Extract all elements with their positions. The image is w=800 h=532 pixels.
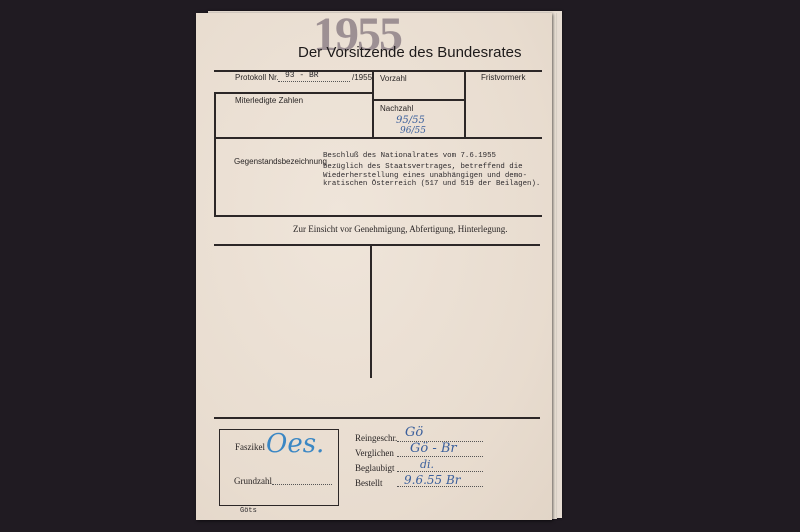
subject-line-3: Wiederherstellung eines unabhängigen und… [323, 172, 527, 181]
beglaubigt-line [397, 471, 483, 472]
protokoll-year: /1955 [352, 73, 372, 82]
subject-label: Gegenstandsbezeichnung [234, 157, 327, 166]
typist-initials: Göts [240, 507, 257, 516]
document-title: Der Vorsitzende des Bundesrates [298, 44, 521, 61]
table-divider-2 [464, 70, 466, 137]
verglichen-label: Verglichen [355, 448, 394, 458]
bestellt-handwritten: 9.6.55 Br [404, 473, 461, 487]
approval-divider [370, 244, 372, 378]
nachzahl-handwritten-1: 95/55 [396, 115, 425, 126]
approval-heading: Zur Einsicht vor Genehmigung, Abfertigun… [293, 224, 507, 234]
vorzahl-row-border [372, 99, 464, 101]
protokoll-label: Protokoll Nr. [235, 73, 279, 82]
bestellt-label: Bestellt [355, 478, 383, 488]
grundzahl-label: Grundzahl [234, 476, 272, 486]
table-divider-1 [372, 70, 374, 137]
fristvormerk-label: Fristvormerk [481, 73, 525, 82]
faszikel-label: Faszikel [235, 442, 265, 452]
verglichen-handwritten: Gö - Br [410, 441, 457, 456]
vorzahl-label: Vorzahl [380, 74, 407, 83]
approval-top-border [214, 244, 540, 246]
subject-line-1: Beschluß des Nationalrates vom 7.6.1955 [323, 152, 496, 161]
subject-left-border [214, 137, 216, 215]
subject-line-2: bezüglich des Staatsvertrages, betreffen… [323, 163, 523, 172]
protokoll-row-border [214, 92, 372, 94]
protokoll-dotted-line [278, 81, 350, 82]
reingeschr-label: Reingeschr. [355, 433, 397, 443]
miterledigte-left-border [214, 92, 216, 137]
nachzahl-label: Nachzahl [380, 104, 413, 113]
beglaubigt-label: Beglaubigt [355, 463, 395, 473]
beglaubigt-handwritten: di. [420, 458, 434, 471]
reingeschr-handwritten: Gö [405, 425, 423, 440]
subject-bottom-border [214, 215, 542, 217]
footer-top-border [214, 417, 540, 419]
protokoll-number: 93 - BR [285, 72, 319, 81]
grundzahl-dotted-line [272, 484, 332, 485]
miterledigte-label: Miterledigte Zahlen [235, 96, 303, 105]
subject-line-4: kratischen Österreich (517 und 519 der B… [323, 180, 540, 189]
table-bottom-border [214, 137, 542, 139]
verglichen-line [397, 456, 483, 457]
table-top-border [214, 70, 542, 72]
faszikel-handwritten: Oes. [266, 429, 324, 459]
nachzahl-handwritten-2: 96/55 [400, 126, 426, 136]
